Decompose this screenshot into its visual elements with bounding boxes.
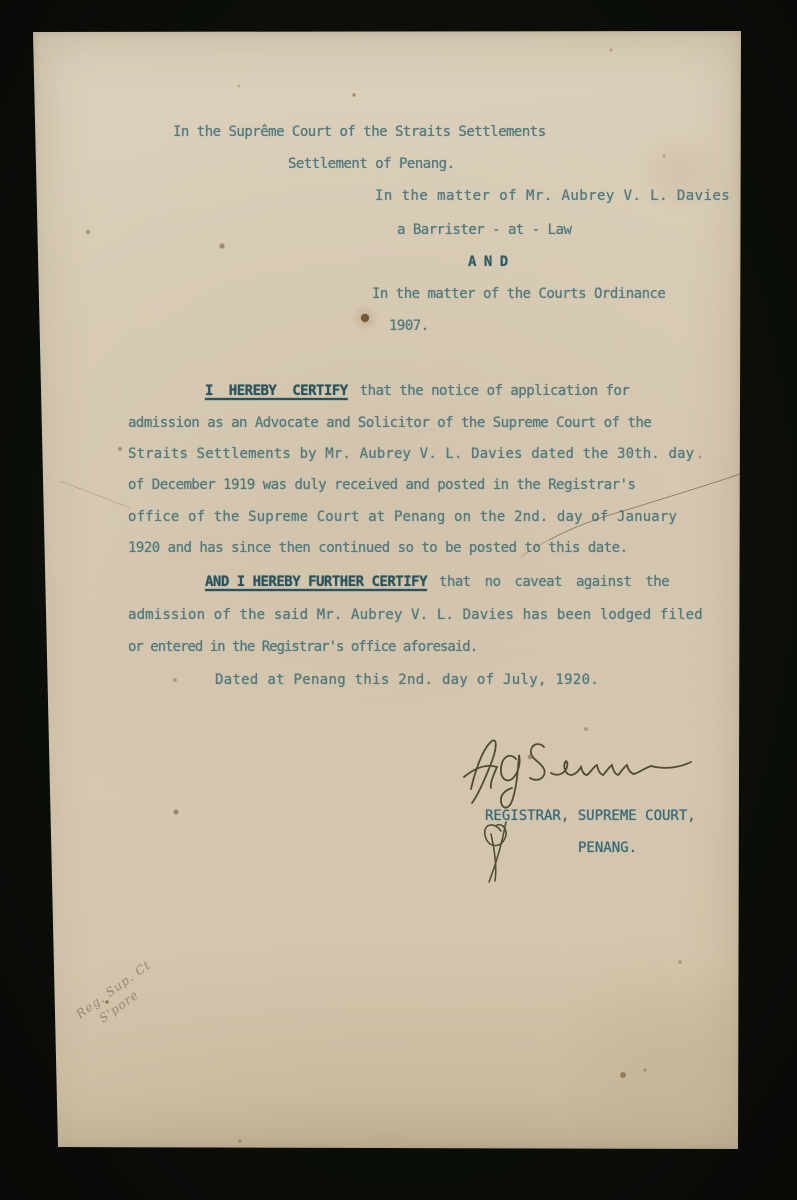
certify-line: 1920 and has since then continued so to … — [128, 540, 628, 556]
certify-line: Straits Settlements by Mr. Aubrey V. L. … — [128, 446, 694, 462]
certify-heading-rest: that the notice of application for — [360, 383, 630, 399]
further-certify-line: admission of the said Mr. Aubrey V. L. D… — [128, 607, 703, 623]
penang-line: PENANG. — [578, 840, 637, 856]
certify-opening-line: I HEREBY CERTIFYthat the notice of appli… — [205, 383, 629, 399]
pencil-annotation: Reg. Sup. Ct S'pore — [73, 927, 206, 1037]
court-name-line: In the Suprême Court of the Straits Sett… — [173, 124, 546, 140]
further-certify-heading: AND I HEREBY FURTHER CERTIFY — [205, 574, 427, 590]
document-page: In the Suprême Court of the Straits Sett… — [33, 31, 741, 1149]
further-certify-opening-line: AND I HEREBY FURTHER CERTIFYthat no cave… — [205, 574, 669, 590]
and-separator: A N D — [468, 254, 508, 270]
certify-line: admission as an Advocate and Solicitor o… — [128, 415, 651, 431]
certify-line: of December 1919 was duly received and p… — [128, 477, 635, 493]
scan-background: In the Suprême Court of the Straits Sett… — [0, 0, 797, 1200]
settlement-line: Settlement of Penang. — [288, 156, 455, 172]
registrar-initials — [485, 822, 506, 882]
certify-line: office of the Supreme Court at Penang on… — [128, 509, 677, 525]
matter-party-line: In the matter of Mr. Aubrey V. L. Davies — [375, 188, 730, 204]
dated-line: Dated at Penang this 2nd. day of July, 1… — [215, 672, 599, 688]
registrar-title-line: REGISTRAR, SUPREME COURT, — [485, 808, 696, 824]
matter-ordinance-line: In the matter of the Courts Ordinance — [372, 286, 665, 302]
further-certify-line: or entered in the Registrar's office afo… — [128, 639, 477, 655]
further-certify-heading-rest: that no caveat against the — [439, 574, 669, 590]
certify-heading: I HEREBY CERTIFY — [205, 383, 348, 399]
ordinance-year-line: 1907. — [389, 318, 429, 334]
crease-line — [60, 481, 130, 508]
barrister-line: a Barrister - at - Law — [397, 222, 571, 238]
signature-handwriting — [464, 740, 691, 807]
foxing-spots — [86, 49, 702, 1143]
